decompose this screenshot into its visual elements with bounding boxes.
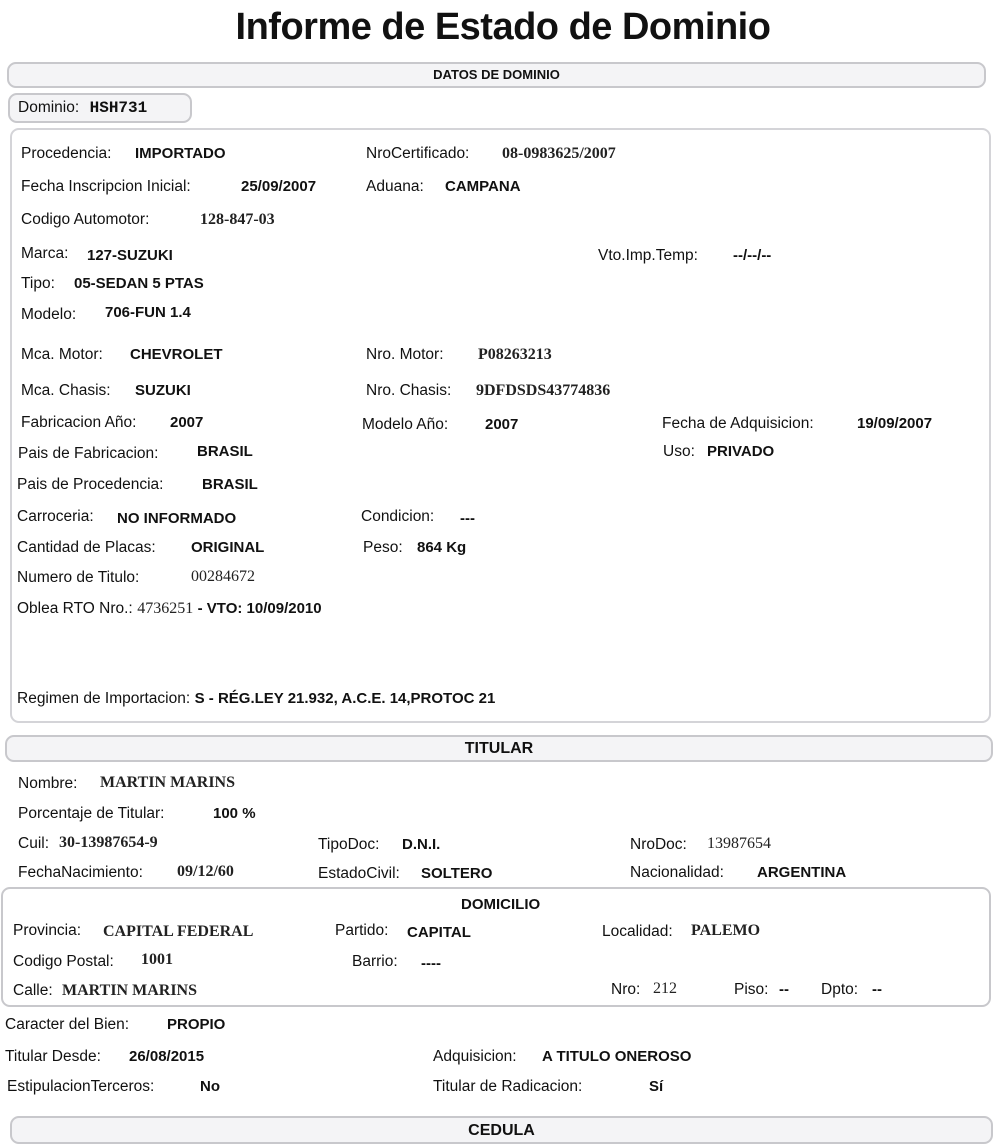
partido-value: CAPITAL xyxy=(407,924,471,941)
numero-titulo-label: Numero de Titulo: xyxy=(17,569,139,587)
titular-radicacion-label: Titular de Radicacion: xyxy=(433,1078,582,1096)
dominio-box: Dominio: HSH731 xyxy=(8,93,192,123)
piso-label: Piso: xyxy=(734,981,768,999)
modelo-value: 706-FUN 1.4 xyxy=(105,304,191,321)
section-header-datos-dominio: DATOS DE DOMINIO xyxy=(7,62,986,88)
provincia-value: CAPITAL FEDERAL xyxy=(103,923,253,941)
marca-label: Marca: xyxy=(21,245,68,263)
nro-chasis-value: 9DFDSDS43774836 xyxy=(476,382,610,400)
regimen-importacion-line: Regimen de Importacion: S - RÉG.LEY 21.9… xyxy=(17,690,495,708)
cantidad-placas-value: ORIGINAL xyxy=(191,539,264,556)
pais-procedencia-label: Pais de Procedencia: xyxy=(17,476,163,494)
barrio-label: Barrio: xyxy=(352,953,398,971)
cantidad-placas-label: Cantidad de Placas: xyxy=(17,539,156,557)
vto-imp-temp-value: --/--/-- xyxy=(733,247,771,264)
section-title: CEDULA xyxy=(468,1122,535,1139)
fecha-inscripcion-value: 25/09/2007 xyxy=(241,178,316,195)
carroceria-value: NO INFORMADO xyxy=(117,510,236,527)
section-header-cedula: CEDULA xyxy=(10,1116,993,1144)
fecha-nacimiento-label: FechaNacimiento: xyxy=(18,864,143,882)
provincia-label: Provincia: xyxy=(13,922,81,940)
nro-doc-value: 13987654 xyxy=(707,835,771,853)
titular-desde-label: Titular Desde: xyxy=(5,1048,101,1066)
dpto-value: -- xyxy=(872,981,882,998)
fecha-inscripcion-label: Fecha Inscripcion Inicial: xyxy=(21,178,191,196)
caracter-bien-value: PROPIO xyxy=(167,1016,225,1033)
fecha-adquisicion-value: 19/09/2007 xyxy=(857,415,932,432)
fecha-adquisicion-label: Fecha de Adquisicion: xyxy=(662,415,814,433)
mca-chasis-value: SUZUKI xyxy=(135,382,191,399)
localidad-value: PALEMO xyxy=(691,922,760,940)
modelo-anio-label: Modelo Año: xyxy=(362,416,448,434)
modelo-anio-value: 2007 xyxy=(485,416,518,433)
oblea-rto-label: Oblea RTO Nro.: xyxy=(17,600,133,617)
nombre-value: MARTIN MARINS xyxy=(100,774,235,792)
dominio-value: HSH731 xyxy=(90,99,148,117)
oblea-rto-value: 4736251 xyxy=(137,600,193,617)
porcentaje-value: 100 % xyxy=(213,805,256,822)
nro-motor-label: Nro. Motor: xyxy=(366,346,444,364)
tipo-value: 05-SEDAN 5 PTAS xyxy=(74,275,204,292)
mca-motor-value: CHEVROLET xyxy=(130,346,223,363)
barrio-value: ---- xyxy=(421,955,441,972)
codigo-postal-value: 1001 xyxy=(141,951,173,969)
section-header-titular: TITULAR xyxy=(5,735,993,762)
carroceria-label: Carroceria: xyxy=(17,508,94,526)
modelo-label: Modelo: xyxy=(21,306,76,324)
fecha-nacimiento-value: 09/12/60 xyxy=(177,863,234,881)
nacionalidad-label: Nacionalidad: xyxy=(630,864,724,882)
nro-certificado-label: NroCertificado: xyxy=(366,145,469,163)
uso-label: Uso: xyxy=(663,443,695,461)
estipulacion-terceros-value: No xyxy=(200,1078,220,1095)
nro-doc-label: NroDoc: xyxy=(630,836,687,854)
condicion-value: --- xyxy=(460,510,475,527)
titular-radicacion-value: Sí xyxy=(649,1078,663,1095)
fabricacion-anio-value: 2007 xyxy=(170,414,203,431)
procedencia-value: IMPORTADO xyxy=(135,145,226,162)
piso-value: -- xyxy=(779,981,789,998)
codigo-postal-label: Codigo Postal: xyxy=(13,953,114,971)
cuil-label: Cuil: xyxy=(18,835,49,853)
mca-chasis-label: Mca. Chasis: xyxy=(21,382,111,400)
nro-motor-value: P08263213 xyxy=(478,346,552,364)
marca-value: 127-SUZUKI xyxy=(87,247,173,264)
nro-value: 212 xyxy=(653,980,677,998)
nro-chasis-label: Nro. Chasis: xyxy=(366,382,451,400)
tipo-doc-label: TipoDoc: xyxy=(318,836,379,854)
pais-fabricacion-value: BRASIL xyxy=(197,443,253,460)
section-title: TITULAR xyxy=(465,740,533,757)
nombre-label: Nombre: xyxy=(18,775,77,793)
tipo-doc-value: D.N.I. xyxy=(402,836,440,853)
dominio-label: Dominio: xyxy=(18,99,79,116)
estado-civil-value: SOLTERO xyxy=(421,865,492,882)
mca-motor-label: Mca. Motor: xyxy=(21,346,103,364)
peso-value: 864 Kg xyxy=(417,539,466,556)
vto-imp-temp-label: Vto.Imp.Temp: xyxy=(598,247,698,265)
titular-desde-value: 26/08/2015 xyxy=(129,1048,204,1065)
estado-civil-label: EstadoCivil: xyxy=(318,865,400,883)
nacionalidad-value: ARGENTINA xyxy=(757,864,846,881)
condicion-label: Condicion: xyxy=(361,508,434,526)
nro-label: Nro: xyxy=(611,981,640,999)
dpto-label: Dpto: xyxy=(821,981,858,999)
nro-certificado-value: 08-0983625/2007 xyxy=(502,145,616,163)
tipo-label: Tipo: xyxy=(21,275,55,293)
cuil-value: 30-13987654-9 xyxy=(59,834,158,852)
localidad-label: Localidad: xyxy=(602,923,673,941)
adquisicion-label: Adquisicion: xyxy=(433,1048,517,1066)
aduana-label: Aduana: xyxy=(366,178,424,196)
pais-procedencia-value: BRASIL xyxy=(202,476,258,493)
peso-label: Peso: xyxy=(363,539,403,557)
numero-titulo-value: 00284672 xyxy=(191,568,255,586)
calle-value: MARTIN MARINS xyxy=(62,982,197,1000)
uso-value: PRIVADO xyxy=(707,443,774,460)
calle-label: Calle: xyxy=(13,982,53,1000)
oblea-rto-line: Oblea RTO Nro.: 4736251 - VTO: 10/09/201… xyxy=(17,600,322,618)
regimen-importacion-label: Regimen de Importacion: xyxy=(17,690,190,707)
procedencia-label: Procedencia: xyxy=(21,145,111,163)
pais-fabricacion-label: Pais de Fabricacion: xyxy=(18,445,158,463)
section-title: DATOS DE DOMINIO xyxy=(433,67,560,82)
section-title-domicilio: DOMICILIO xyxy=(461,896,540,913)
regimen-importacion-value: S - RÉG.LEY 21.932, A.C.E. 14,PROTOC 21 xyxy=(195,690,496,707)
codigo-automotor-value: 128-847-03 xyxy=(200,211,275,229)
page-title: Informe de Estado de Dominio xyxy=(0,6,1000,49)
porcentaje-label: Porcentaje de Titular: xyxy=(18,805,164,823)
partido-label: Partido: xyxy=(335,922,388,940)
caracter-bien-label: Caracter del Bien: xyxy=(5,1016,129,1034)
estipulacion-terceros-label: EstipulacionTerceros: xyxy=(7,1078,154,1096)
oblea-rto-vto: - VTO: 10/09/2010 xyxy=(198,600,322,617)
adquisicion-value: A TITULO ONEROSO xyxy=(542,1048,691,1065)
codigo-automotor-label: Codigo Automotor: xyxy=(21,211,149,229)
aduana-value: CAMPANA xyxy=(445,178,521,195)
fabricacion-anio-label: Fabricacion Año: xyxy=(21,414,136,432)
